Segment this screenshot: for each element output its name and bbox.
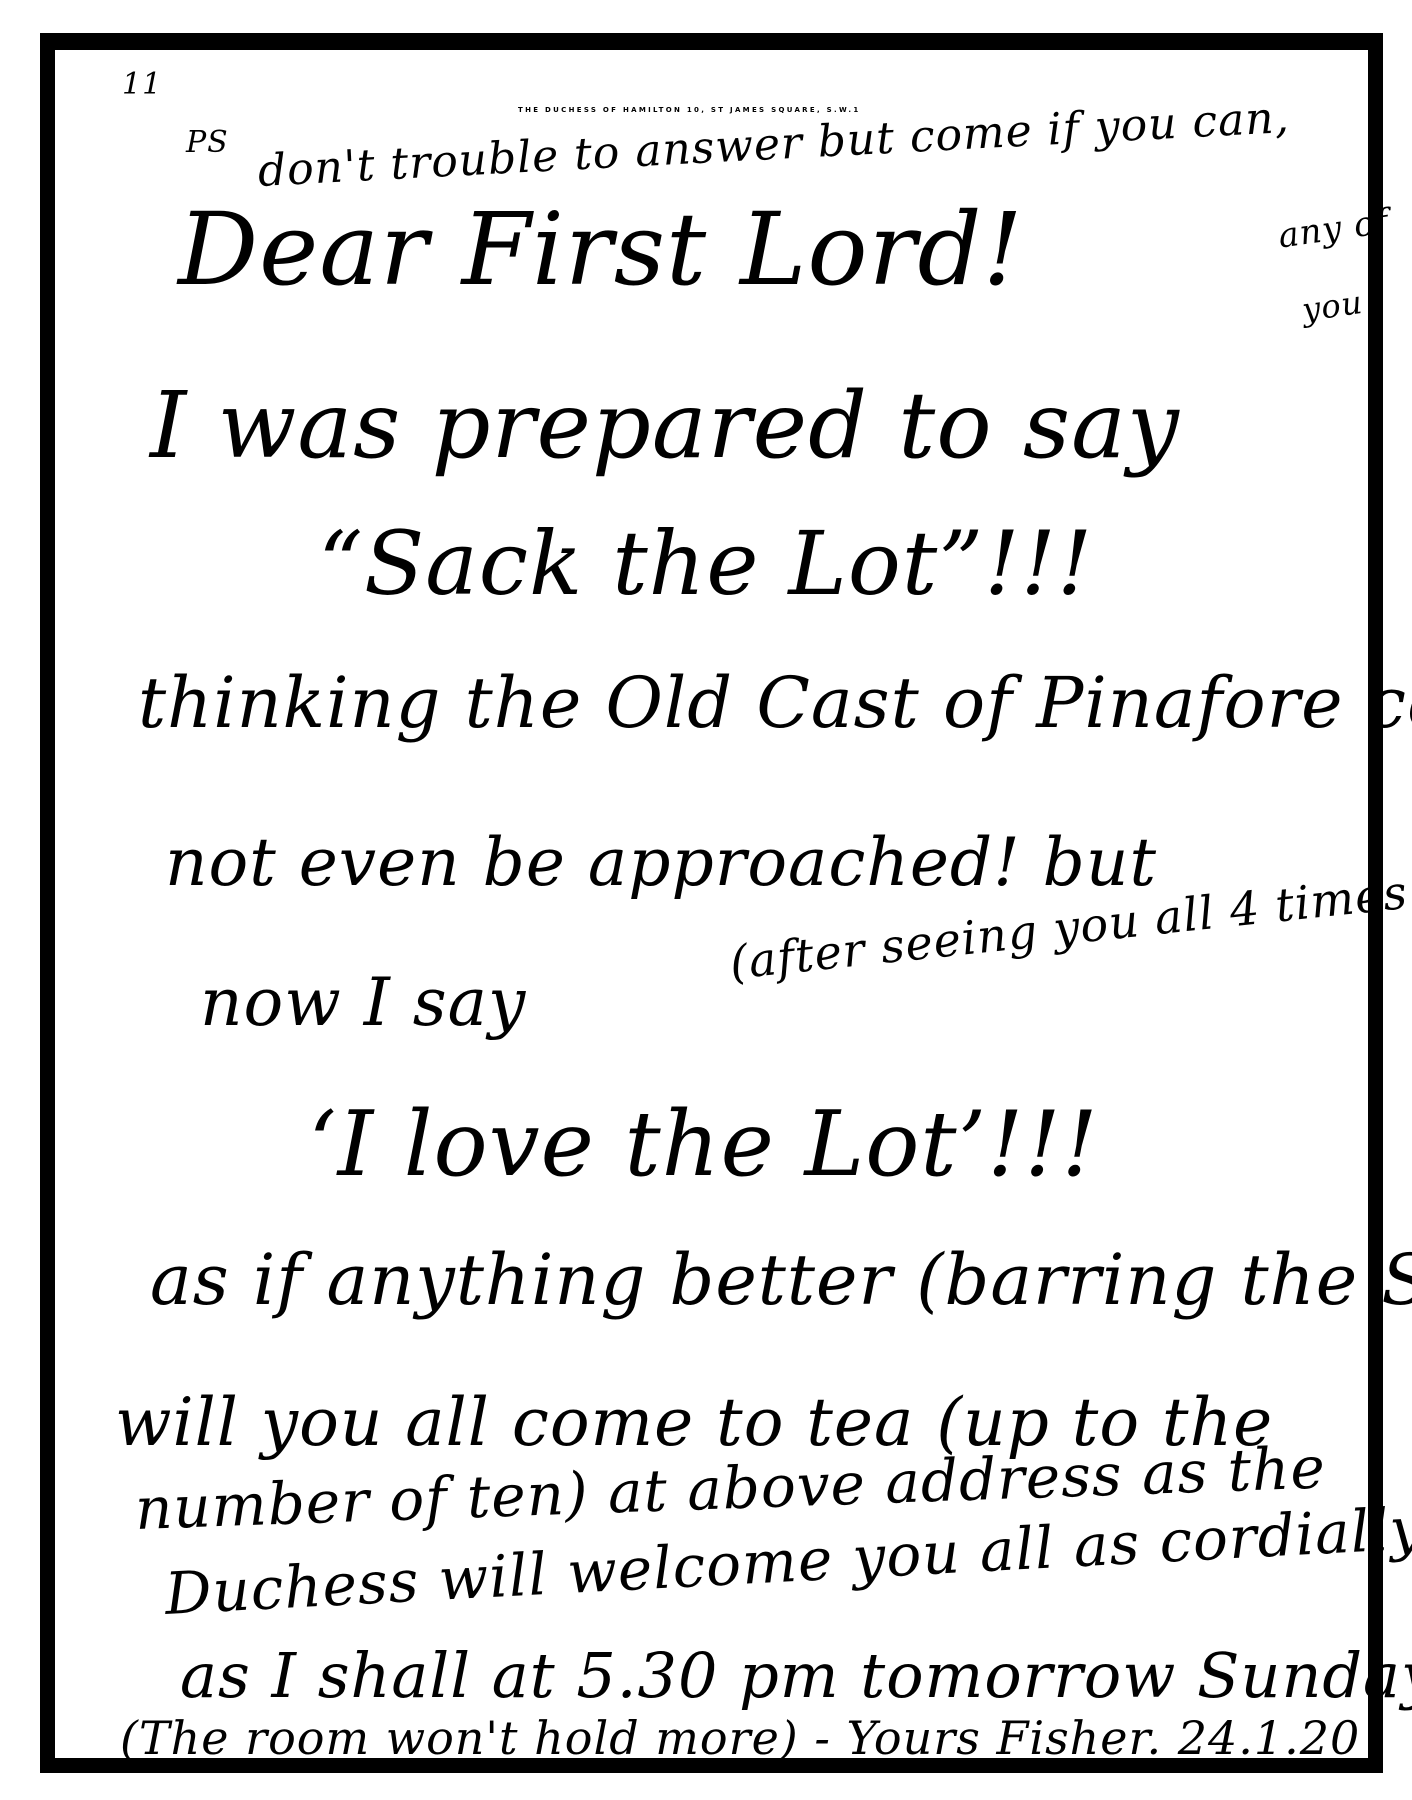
postscript-label: PS	[186, 128, 229, 158]
signature: Yours Fisher.	[847, 1711, 1163, 1765]
body-line: (The room won't hold more) -	[120, 1711, 831, 1765]
body-line: I was prepared to say	[150, 380, 1180, 472]
page-border-top	[40, 33, 1383, 50]
body-line: “Sack the Lot”!!!	[318, 520, 1093, 608]
body-line: thinking the Old Cast of Pinafore could	[138, 668, 1412, 738]
body-line: as if anything better (barring the Scene…	[150, 1245, 1412, 1315]
body-line: now I say	[200, 970, 526, 1036]
body-line: ‘I love the Lot’!!!	[308, 1100, 1099, 1190]
body-line: not even be approached! but	[165, 830, 1157, 896]
letterhead: The Duchess of Hamilton 10, St James Squ…	[518, 106, 861, 114]
postscript-side-note: you	[1300, 286, 1365, 326]
body-line: as I shall at 5.30 pm tomorrow Sunday	[180, 1645, 1412, 1707]
closing-line: (The room won't hold more) - Yours Fishe…	[120, 1715, 1360, 1761]
page-number: 11	[122, 70, 162, 100]
date: 24.1.20	[1178, 1711, 1361, 1765]
salutation: Dear First Lord!	[178, 200, 1024, 300]
